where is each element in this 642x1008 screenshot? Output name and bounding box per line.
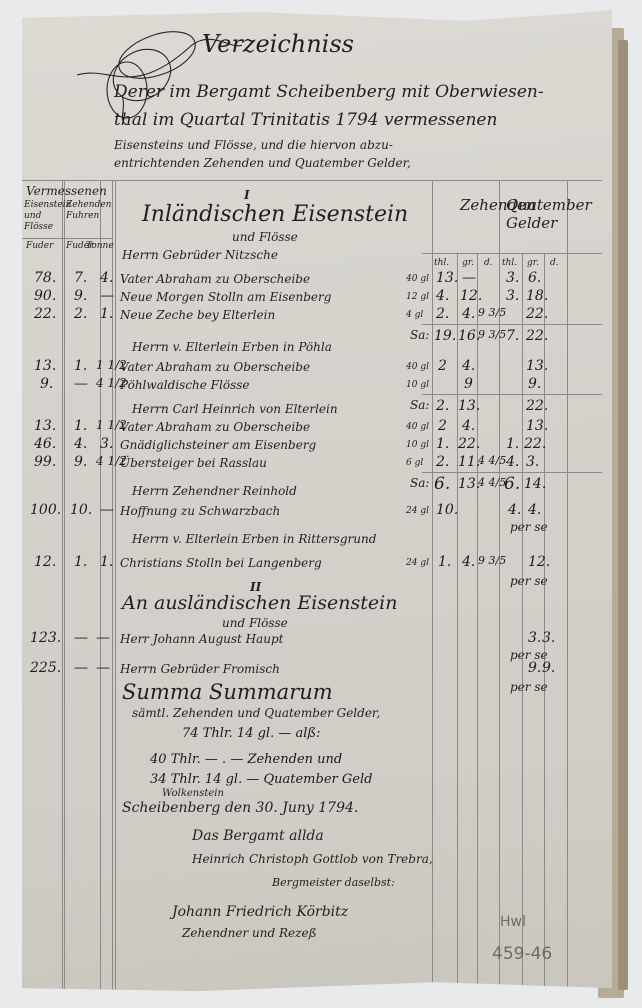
cell-q-gr: 13. — [526, 418, 548, 434]
unit-gr-2: gr. — [527, 258, 539, 268]
signature-line-3: Bergmeister daselbst: — [272, 876, 395, 889]
cell-z-thl: 2. — [436, 454, 449, 470]
summary-subtitle: sämtl. Zehenden und Quatember Gelder, — [132, 706, 380, 720]
cell-fuder: 2. — [74, 306, 87, 322]
header-eisenstein-flosse: Eisenstein und Flösse — [24, 200, 60, 233]
header-vermessenen: Vermessenen — [26, 184, 107, 198]
archive-mark-line-2: 459-46 — [492, 944, 552, 964]
cell-description: Vater Abraham zu Oberscheibe — [120, 272, 310, 286]
cell-tonne: 4. — [100, 270, 113, 286]
subtotal-z-gr: 16. — [458, 328, 480, 344]
cell-fuder: 10. — [70, 502, 92, 518]
cell-vermessen: 90. — [34, 288, 56, 304]
cell-q-gr: 4. — [528, 502, 541, 518]
cell-z-thl: 4. — [436, 288, 449, 304]
cell-fuder: 4. — [74, 436, 87, 452]
header-zehenden-fuhren: Zehenden Fuhren — [66, 200, 100, 222]
cell-q-thl: 4. — [506, 454, 519, 470]
col-rule — [432, 180, 433, 990]
section-title-2: An ausländischen Eisenstein — [122, 592, 397, 614]
section-title-1: Inländischen Eisenstein — [142, 202, 408, 227]
cell-z-thl: 13. — [436, 270, 458, 286]
cell-vermessen: 13. — [34, 358, 56, 374]
header-quatember-gelder: Quatember Gelder — [506, 196, 572, 232]
subtotal-label: Sa: — [410, 398, 429, 412]
cell-q-gr: 6. — [528, 270, 541, 286]
signature-line-5: Zehendner und Rezeß — [182, 926, 317, 940]
unit-fuder: Fuder — [26, 241, 53, 251]
cell-z-gr: 12. — [460, 288, 482, 304]
subtotal-rule — [422, 394, 602, 395]
cell-z-gr: 11. — [458, 454, 480, 470]
cell-tonne: — — [96, 660, 110, 676]
cell-description: Herr Johann August Haupt — [120, 632, 284, 646]
cell-z-gr: 9 — [464, 376, 473, 392]
unit-gr: gr. — [462, 258, 474, 268]
cell-tonne: 1. — [100, 306, 113, 322]
signature-line-2: Heinrich Christoph Gottlob von Trebra, — [192, 852, 433, 866]
cell-z-d: 4 4/5 — [478, 454, 506, 467]
cell-tonne: 3. — [100, 436, 113, 452]
cell-tonne: 1. — [100, 554, 113, 570]
cell-vermessen: 22. — [34, 306, 56, 322]
cell-vermessen: 46. — [34, 436, 56, 452]
summary-total: 74 Thlr. 14 gl. — alß: — [182, 726, 320, 741]
unit-thl: thl. — [434, 258, 449, 268]
cell-q-gr: 22. — [524, 436, 546, 452]
cell-rate: 4 gl — [406, 310, 423, 320]
cell-description: Pöhlwaldische Flösse — [120, 378, 250, 392]
place-date: Scheibenberg den 30. Juny 1794. — [122, 800, 358, 816]
cell-z-gr: 4. — [462, 418, 475, 434]
cell-tonne: — — [96, 630, 110, 646]
subtotal-q-thl: 6. — [504, 474, 520, 494]
page-stack-edge-outer — [618, 40, 628, 990]
per-se-note: per se — [510, 520, 548, 534]
cell-q-gr: 9. — [528, 376, 541, 392]
money-header-rule — [422, 253, 602, 254]
col-rule — [477, 253, 478, 993]
cell-rate: 40 gl — [406, 422, 429, 432]
cell-vermessen: 9. — [40, 376, 53, 392]
subtotal-z-thl: 6. — [434, 474, 450, 494]
owner-line: Herrn Gebrüder Nitzsche — [122, 248, 278, 262]
cell-q-thl: 3. — [506, 288, 519, 304]
cell-rate: 10 gl — [406, 440, 429, 450]
subtotal-rule — [422, 324, 602, 325]
cell-z-gr: — — [462, 270, 476, 286]
cell-fuder: — — [74, 376, 88, 392]
owner-line: Herrn v. Elterlein Erben in Rittersgrund — [132, 532, 376, 546]
cell-vermessen: 99. — [34, 454, 56, 470]
section-numeral-1: I — [244, 188, 250, 202]
cell-fuder: 1. — [74, 358, 87, 374]
cell-q-gr: 12. — [528, 554, 550, 570]
cell-description: Hoffnung zu Schwarzbach — [120, 504, 280, 518]
cell-z-thl: 1. — [438, 554, 451, 570]
summary-line-2: 34 Thlr. 14 gl. — Quatember Geld — [150, 772, 372, 787]
archive-mark-line-1: Hwl — [500, 914, 526, 930]
col-rule — [457, 253, 458, 993]
cell-q-gr: 18. — [526, 288, 548, 304]
cell-q-gr: 22. — [526, 306, 548, 322]
cell-rate: 40 gl — [406, 362, 429, 372]
cell-description: Vater Abraham zu Oberscheibe — [120, 420, 310, 434]
cell-z-thl: 1. — [436, 436, 449, 452]
left-header-rule — [22, 238, 112, 239]
cell-description: Übersteiger bei Rasslau — [120, 456, 267, 470]
subtotal-label: Sa: — [410, 328, 429, 342]
cell-fuder: — — [74, 660, 88, 676]
cell-q-gr: 3. — [526, 454, 539, 470]
intro-line-4: entrichtenden Zehenden und Quatember Gel… — [114, 156, 411, 170]
cell-description: Christians Stolln bei Langenberg — [120, 556, 322, 570]
cell-q-thl: 3. — [506, 270, 519, 286]
cell-q-gr: 13. — [526, 358, 548, 374]
col-rule — [499, 180, 500, 990]
summary-title: Summa Summarum — [122, 680, 333, 704]
cell-q-d: 9. — [542, 660, 555, 676]
cell-rate: 24 gl — [406, 558, 429, 568]
section-subtitle-2: und Flösse — [222, 616, 288, 630]
unit-thl-2: thl. — [502, 258, 517, 268]
subtotal-z-gr: 13. — [458, 476, 480, 492]
owner-line: Herrn v. Elterlein Erben in Pöhla — [132, 340, 332, 354]
intro-line-2: thal im Quartal Trinitatis 1794 vermesse… — [114, 110, 497, 130]
cell-rate: 40 gl — [406, 274, 429, 284]
cell-q-gr: 9. — [528, 660, 541, 676]
cell-fuder: 9. — [74, 288, 87, 304]
cell-rate: 24 gl — [406, 506, 429, 516]
col-rule — [522, 253, 523, 993]
subtotal-q-gr: 22. — [526, 398, 548, 414]
owner-line: Herrn Zehendner Reinhold — [132, 484, 297, 498]
section-subtitle-1: und Flösse — [232, 230, 298, 244]
summary-line-1: 40 Thlr. — . — Zehenden und — [150, 752, 342, 767]
cell-z-d: 9 3/5 — [478, 554, 506, 567]
subtotal-z-thl: 19. — [434, 328, 456, 344]
cell-z-d: 9 3/5 — [478, 306, 506, 319]
signature-line-4: Johann Friedrich Körbitz — [172, 904, 348, 920]
cell-z-thl: 10. — [436, 502, 458, 518]
cell-tonne: — — [100, 502, 114, 518]
per-se-note: per se — [510, 680, 548, 694]
col-rule — [62, 180, 63, 990]
cell-q-gr: 3. — [528, 630, 541, 646]
col-rule — [64, 180, 65, 990]
cell-description: Neue Morgen Stolln am Eisenberg — [120, 290, 331, 304]
subtotal-rule — [422, 472, 602, 473]
cell-description: Neue Zeche bey Elterlein — [120, 308, 275, 322]
cell-description: Herrn Gebrüder Fromisch — [120, 662, 280, 676]
per-se-note: per se — [510, 574, 548, 588]
table-top-rule — [22, 180, 602, 181]
cell-z-gr: 4. — [462, 306, 475, 322]
subtotal-z-thl: 2. — [436, 398, 449, 414]
subtotal-z-d: 9 3/5 — [478, 328, 506, 341]
cell-z-thl: 2 — [438, 418, 447, 434]
signature-line-1: Das Bergamt allda — [192, 828, 324, 844]
intro-line-1: Derer im Bergamt Scheibenberg mit Oberwi… — [114, 82, 544, 102]
cell-rate: 12 gl — [406, 292, 429, 302]
unit-d-2: d. — [550, 258, 559, 268]
subtotal-q-thl: 7. — [506, 328, 519, 344]
subtotal-label: Sa: — [410, 476, 429, 490]
document-heading: Verzeichniss — [202, 30, 354, 58]
cell-rate: 6 gl — [406, 458, 423, 468]
cell-description: Vater Abraham zu Oberscheibe — [120, 360, 310, 374]
cell-tonne: — — [100, 288, 114, 304]
unit-tonne: Tonne — [86, 241, 114, 251]
cell-vermessen: 13. — [34, 418, 56, 434]
cell-vermessen: 12. — [34, 554, 56, 570]
cell-fuder: 7. — [74, 270, 87, 286]
intro-line-3: Eisensteins und Flösse, und die hiervon … — [114, 138, 393, 152]
cell-fuder: — — [74, 630, 88, 646]
cell-z-gr: 4. — [462, 554, 475, 570]
subtotal-z-d: 4 4/5 — [478, 476, 506, 489]
ledger-page: Verzeichniss Derer im Bergamt Scheibenbe… — [22, 8, 612, 998]
subtotal-q-gr: 22. — [526, 328, 548, 344]
subtotal-q-gr: 14. — [524, 476, 546, 492]
cell-description: Gnädiglichsteiner am Eisenberg — [120, 438, 316, 452]
cell-fuder: 1. — [74, 418, 87, 434]
cell-fuder: 1. — [74, 554, 87, 570]
col-rule — [115, 180, 116, 990]
cell-vermessen: 100. — [30, 502, 61, 518]
cell-q-thl: 1. — [506, 436, 519, 452]
cell-z-gr: 4. — [462, 358, 475, 374]
cell-z-gr: 22. — [458, 436, 480, 452]
cell-z-thl: 2 — [438, 358, 447, 374]
cell-vermessen: 123. — [30, 630, 61, 646]
subtotal-z-gr: 13. — [458, 398, 480, 414]
unit-d: d. — [484, 258, 493, 268]
cell-z-thl: 2. — [436, 306, 449, 322]
cell-vermessen: 78. — [34, 270, 56, 286]
cell-vermessen: 225. — [30, 660, 61, 676]
cell-rate: 10 gl — [406, 380, 429, 390]
owner-line: Herrn Carl Heinrich von Elterlein — [132, 402, 338, 416]
place-correction: Wolkenstein — [162, 788, 224, 799]
cell-q-thl: 4. — [508, 502, 521, 518]
cell-q-d: 3. — [542, 630, 555, 646]
cell-fuder: 9. — [74, 454, 87, 470]
col-rule — [567, 180, 568, 990]
